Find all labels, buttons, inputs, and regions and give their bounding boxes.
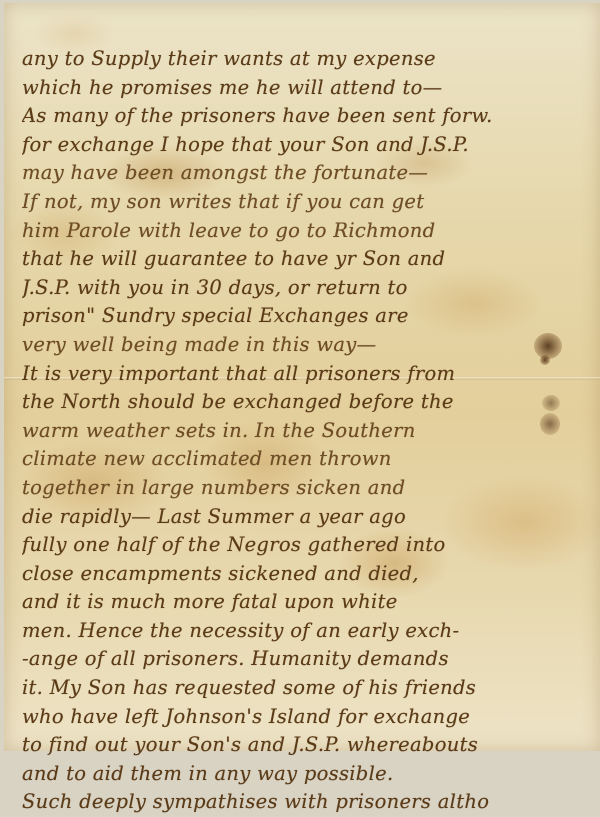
- text-line: -ange of all prisoners. Humanity demands: [22, 645, 582, 674]
- text-line: may have been amongst the fortunate—: [22, 159, 582, 188]
- text-line: and it is much more fatal upon white: [22, 588, 582, 617]
- text-line: very well being made in this way—: [22, 331, 582, 360]
- text-line: J.S.P. with you in 30 days, or return to: [22, 274, 582, 303]
- text-line: fully one half of the Negros gathered in…: [22, 531, 582, 560]
- text-line: to find out your Son's and J.S.P. wherea…: [22, 731, 582, 751]
- text-line: any to Supply their wants at my expense: [22, 45, 582, 74]
- text-line: the North should be exchanged before the: [22, 388, 582, 417]
- text-line: warm weather sets in. In the Southern: [22, 417, 582, 446]
- text-line: that he will guarantee to have yr Son an…: [22, 245, 582, 274]
- text-line: him Parole with leave to go to Richmond: [22, 217, 582, 246]
- handwritten-text: any to Supply their wants at my expense …: [22, 45, 582, 751]
- text-line: die rapidly— Last Summer a year ago: [22, 503, 582, 532]
- text-line: which he promises me he will attend to—: [22, 74, 582, 103]
- text-line: men. Hence the necessity of an early exc…: [22, 617, 582, 646]
- text-line: It is very important that all prisoners …: [22, 360, 582, 389]
- text-line: together in large numbers sicken and: [22, 474, 582, 503]
- letter-page: any to Supply their wants at my expense …: [4, 3, 600, 751]
- text-line: prison" Sundry special Exchanges are: [22, 302, 582, 331]
- text-line: for exchange I hope that your Son and J.…: [22, 131, 582, 160]
- text-line: close encampments sickened and died,: [22, 560, 582, 589]
- text-line: climate new acclimated men thrown: [22, 445, 582, 474]
- text-line: As many of the prisoners have been sent …: [22, 102, 582, 131]
- text-line: it. My Son has requested some of his fri…: [22, 674, 582, 703]
- text-line: If not, my son writes that if you can ge…: [22, 188, 582, 217]
- text-line: who have left Johnson's Island for excha…: [22, 703, 582, 732]
